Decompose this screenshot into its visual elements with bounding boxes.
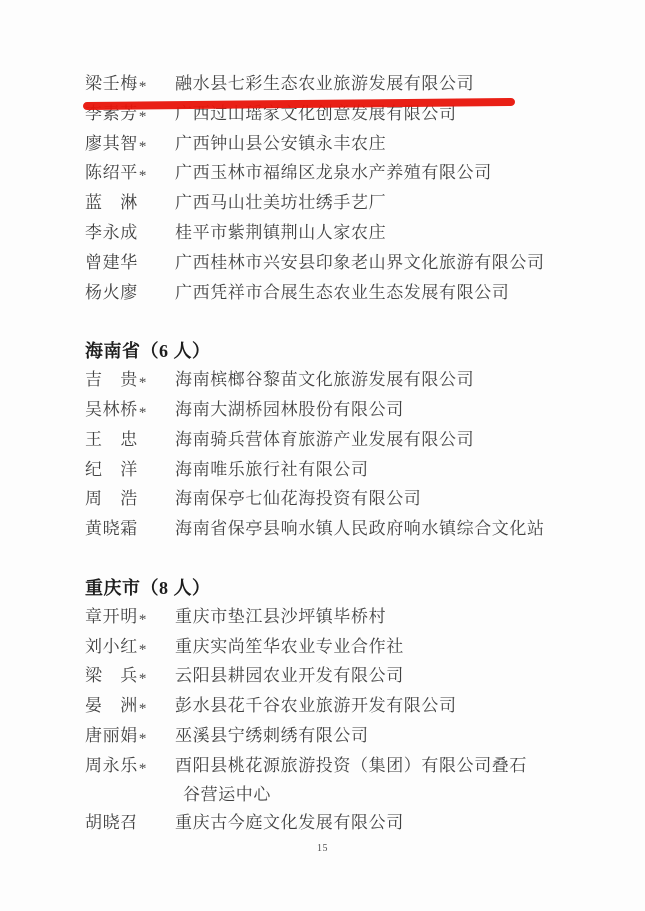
laureate-row: 刘小红* 重庆实尚笙华农业专业合作社 [85, 633, 590, 663]
organization-name: 海南槟榔谷黎苗文化旅游发展有限公司 [175, 366, 474, 395]
star-marker: * [139, 168, 147, 184]
section-hainan: 海南省（6 人） 吉 贵* 海南槟榔谷黎苗文化旅游发展有限公司 吴林桥* 海南大… [85, 337, 590, 545]
person-name: 黄晓霜 [85, 515, 175, 545]
person-name: 廖其智* [85, 130, 175, 160]
laureate-row: 陈绍平* 广西玉林市福绵区龙泉水产养殖有限公司 [85, 159, 590, 189]
organization-name: 海南保亭七仙花海投资有限公司 [175, 485, 421, 514]
person-name-text: 胡晓召 [85, 813, 138, 832]
laureate-row: 梁壬梅* 融水县七彩生态农业旅游发展有限公司 [85, 70, 590, 100]
person-name: 吴林桥* [85, 396, 175, 426]
page-number: 15 [0, 843, 645, 854]
laureate-row: 吉 贵* 海南槟榔谷黎苗文化旅游发展有限公司 [85, 366, 590, 396]
laureate-row: 黄晓霜 海南省保亭县响水镇人民政府响水镇综合文化站 [85, 515, 590, 545]
star-marker: * [139, 109, 147, 125]
organization-name: 广西玉林市福绵区龙泉水产养殖有限公司 [175, 159, 492, 188]
laureate-row: 蓝 淋 广西马山壮美坊壮绣手艺厂 [85, 189, 590, 219]
person-name: 章开明* [85, 603, 175, 633]
person-name-text: 吉 贵 [85, 370, 138, 389]
organization-name: 海南大湖桥园林股份有限公司 [175, 396, 404, 425]
laureate-row: 杨火廖 广西凭祥市合展生态农业生态发展有限公司 [85, 279, 590, 309]
laureate-row: 梁 兵* 云阳县耕园农业开发有限公司 [85, 662, 590, 692]
laureate-row: 晏 洲* 彭水县花千谷农业旅游开发有限公司 [85, 692, 590, 722]
organization-name: 彭水县花千谷农业旅游开发有限公司 [175, 692, 457, 721]
organization-name: 广西钟山县公安镇永丰农庄 [175, 130, 386, 159]
person-name: 吉 贵* [85, 366, 175, 396]
laureate-row: 廖其智* 广西钟山县公安镇永丰农庄 [85, 130, 590, 160]
person-name: 梁壬梅* [85, 70, 175, 100]
organization-name: 海南唯乐旅行社有限公司 [175, 456, 369, 485]
laureate-row: 胡晓召 重庆古今庭文化发展有限公司 [85, 809, 590, 839]
star-marker: * [139, 79, 147, 95]
laureate-row: 唐丽娟* 巫溪县宁绣刺绣有限公司 [85, 722, 590, 752]
person-name-text: 刘小红 [85, 637, 138, 656]
person-name: 晏 洲* [85, 692, 175, 722]
person-name: 梁 兵* [85, 662, 175, 692]
person-name: 杨火廖 [85, 279, 175, 309]
person-name: 陈绍平* [85, 159, 175, 189]
person-name-text: 杨火廖 [85, 283, 138, 302]
document-page: 梁壬梅* 融水县七彩生态农业旅游发展有限公司 李素芳* 广西过山瑶家文化创意发展… [0, 0, 645, 911]
organization-name: 海南骑兵营体育旅游产业发展有限公司 [175, 426, 474, 455]
person-name-text: 唐丽娟 [85, 726, 138, 745]
person-name-text: 梁 兵 [85, 666, 138, 685]
person-name-text: 陈绍平 [85, 163, 138, 182]
organization-name: 云阳县耕园农业开发有限公司 [175, 662, 404, 691]
person-name: 唐丽娟* [85, 722, 175, 752]
laureate-row: 王 忠 海南骑兵营体育旅游产业发展有限公司 [85, 426, 590, 456]
person-name-text: 黄晓霜 [85, 519, 138, 538]
organization-name: 广西凭祥市合展生态农业生态发展有限公司 [175, 279, 509, 308]
laureate-row: 李永成 桂平市紫荆镇荆山人家农庄 [85, 219, 590, 249]
laureate-row: 周永乐* 酉阳县桃花源旅游投资（集团）有限公司叠石 谷营运中心 [85, 752, 590, 810]
laureate-row: 曾建华 广西桂林市兴安县印象老山界文化旅游有限公司 [85, 249, 590, 279]
person-name: 胡晓召 [85, 809, 175, 839]
star-marker: * [139, 642, 147, 658]
person-name-text: 晏 洲 [85, 696, 138, 715]
person-name-text: 李永成 [85, 223, 138, 242]
person-name: 曾建华 [85, 249, 175, 279]
person-name-text: 廖其智 [85, 134, 138, 153]
section-header-hainan: 海南省（6 人） [85, 337, 590, 366]
section-chongqing: 重庆市（8 人） 章开明* 重庆市垫江县沙坪镇毕桥村 刘小红* 重庆实尚笙华农业… [85, 574, 590, 839]
star-marker: * [139, 375, 147, 391]
person-name: 蓝 淋 [85, 189, 175, 219]
person-name: 刘小红* [85, 633, 175, 663]
person-name-text: 章开明 [85, 607, 138, 626]
person-name: 周永乐* [85, 752, 175, 782]
person-name-text: 纪 洋 [85, 460, 138, 479]
organization-name: 重庆实尚笙华农业专业合作社 [175, 633, 404, 662]
organization-name: 酉阳县桃花源旅游投资（集团）有限公司叠石 谷营运中心 [175, 752, 527, 810]
star-marker: * [139, 761, 147, 777]
organization-name: 重庆市垫江县沙坪镇毕桥村 [175, 603, 386, 632]
section-header-chongqing: 重庆市（8 人） [85, 574, 590, 603]
star-marker: * [139, 139, 147, 155]
organization-name: 融水县七彩生态农业旅游发展有限公司 [175, 70, 474, 99]
person-name-text: 蓝 淋 [85, 193, 138, 212]
organization-name: 桂平市紫荆镇荆山人家农庄 [175, 219, 386, 248]
laureate-row: 纪 洋 海南唯乐旅行社有限公司 [85, 456, 590, 486]
organization-name: 广西马山壮美坊壮绣手艺厂 [175, 189, 386, 218]
laureate-row: 章开明* 重庆市垫江县沙坪镇毕桥村 [85, 603, 590, 633]
person-name: 王 忠 [85, 426, 175, 456]
person-name: 纪 洋 [85, 456, 175, 486]
star-marker: * [139, 612, 147, 628]
organization-name: 广西桂林市兴安县印象老山界文化旅游有限公司 [175, 249, 545, 278]
star-marker: * [139, 701, 147, 717]
person-name-text: 吴林桥 [85, 400, 138, 419]
organization-name: 重庆古今庭文化发展有限公司 [175, 809, 404, 838]
organization-name: 海南省保亭县响水镇人民政府响水镇综合文化站 [175, 515, 545, 544]
person-name: 李永成 [85, 219, 175, 249]
person-name: 周 浩 [85, 485, 175, 515]
person-name-text: 梁壬梅 [85, 74, 138, 93]
document-content: 梁壬梅* 融水县七彩生态农业旅游发展有限公司 李素芳* 广西过山瑶家文化创意发展… [85, 70, 590, 839]
star-marker: * [139, 671, 147, 687]
laureate-row: 周 浩 海南保亭七仙花海投资有限公司 [85, 485, 590, 515]
laureate-row: 吴林桥* 海南大湖桥园林股份有限公司 [85, 396, 590, 426]
person-name-text: 周 浩 [85, 489, 138, 508]
star-marker: * [139, 731, 147, 747]
organization-name: 巫溪县宁绣刺绣有限公司 [175, 722, 369, 751]
person-name-text: 曾建华 [85, 253, 138, 272]
star-marker: * [139, 405, 147, 421]
person-name-text: 周永乐 [85, 756, 138, 775]
person-name-text: 王 忠 [85, 430, 138, 449]
